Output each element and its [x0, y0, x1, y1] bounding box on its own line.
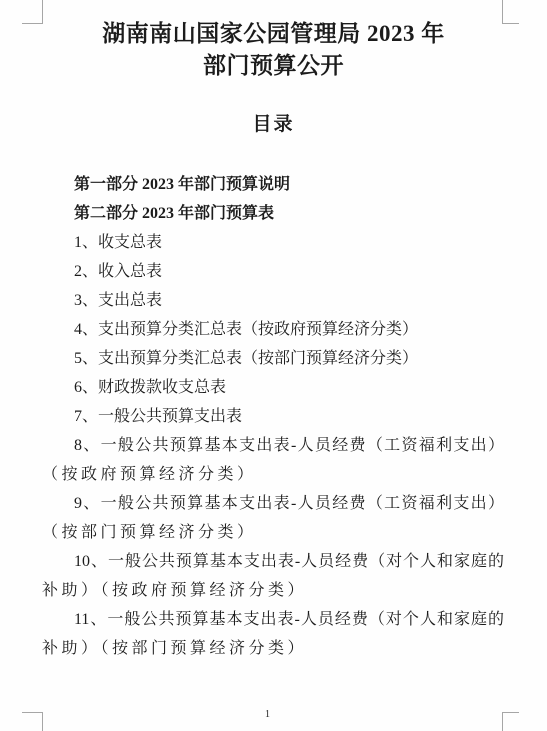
page-number: 1	[0, 708, 541, 722]
toc-line: 补助）（按部门预算经济分类）	[42, 634, 504, 663]
toc-line: 10、一般公共预算基本支出表-人员经费（对个人和家庭的	[42, 547, 504, 576]
toc-line: 第一部分 2023 年部门预算说明	[42, 170, 504, 199]
document-title: 湖南南山国家公园管理局 2023 年 部门预算公开	[0, 18, 547, 82]
toc-list: 第一部分 2023 年部门预算说明第二部分 2023 年部门预算表1、收支总表2…	[42, 170, 504, 663]
toc-line: 1、收支总表	[42, 228, 504, 257]
toc-line: 6、财政拨款收支总表	[42, 373, 504, 402]
document-title-line-1: 湖南南山国家公园管理局 2023 年	[0, 18, 547, 50]
toc-line: 9、一般公共预算基本支出表-人员经费（工资福利支出）	[42, 489, 504, 518]
document-page: 湖南南山国家公园管理局 2023 年 部门预算公开 目录 第一部分 2023 年…	[0, 0, 547, 731]
toc-line: （按政府预算经济分类）	[42, 460, 504, 489]
toc-line: 补助）（按政府预算经济分类）	[42, 576, 504, 605]
toc-line: 3、支出总表	[42, 286, 504, 315]
toc-line: 4、支出预算分类汇总表（按政府预算经济分类）	[42, 315, 504, 344]
toc-line: 7、一般公共预算支出表	[42, 402, 504, 431]
toc-line: 11、一般公共预算基本支出表-人员经费（对个人和家庭的	[42, 605, 504, 634]
toc-line: 8、一般公共预算基本支出表-人员经费（工资福利支出）	[42, 431, 504, 460]
toc-line: 2、收入总表	[42, 257, 504, 286]
toc-line: 5、支出预算分类汇总表（按部门预算经济分类）	[42, 344, 504, 373]
document-title-line-2: 部门预算公开	[0, 50, 547, 82]
toc-line: 第二部分 2023 年部门预算表	[42, 199, 504, 228]
toc-line: （按部门预算经济分类）	[42, 518, 504, 547]
toc-heading: 目录	[0, 110, 547, 139]
